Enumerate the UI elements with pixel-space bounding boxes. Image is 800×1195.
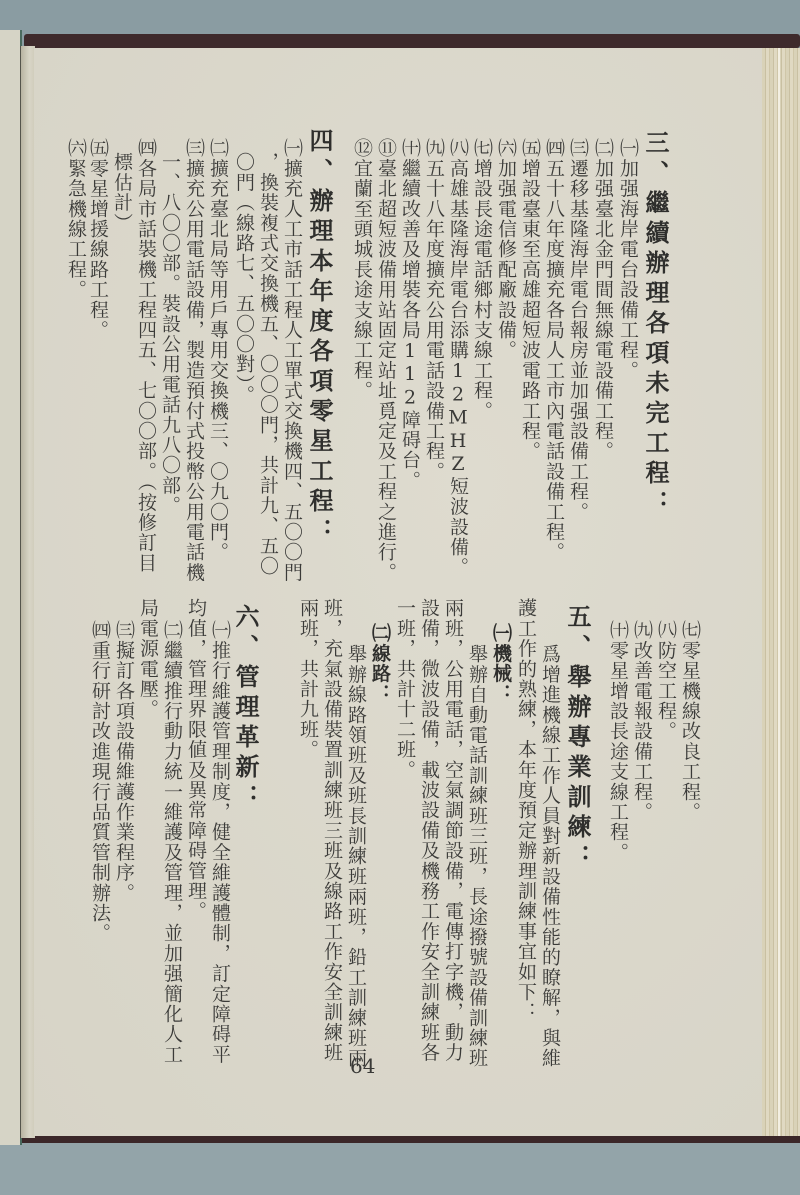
line-training-line-1: 舉辦線路領班及班長訓練班兩班，鉛工訓練班兩 xyxy=(344,644,367,1068)
section-3-item-12: ⑫宜蘭至頭城長途支線工程。 xyxy=(350,138,373,401)
mechanical-training-line-3: 設備，微波設備，載波設備及機務工作安全訓練班各 xyxy=(417,598,440,1063)
mechanical-training-line-2: 兩班，公用電話，空氣調節設備，電傳打字機，動力 xyxy=(441,598,464,1063)
section-4-item-1-line-2: ，換裝複式交換機五、〇〇〇門，共計九、五〇 xyxy=(256,152,279,576)
section-4-item-8: ㈧防空工程。 xyxy=(654,620,677,741)
section-4-item-4-line-1: ㈣各局市話裝機工程四五、七〇〇部。（按修訂目 xyxy=(134,138,157,573)
section-6-item-1-line-1: ㈠推行維護管理制度，健全維護體制，訂定障碍平 xyxy=(208,620,231,1064)
line-training-line-3: 兩班，共計九班。 xyxy=(296,598,319,760)
section-6-item-2-line-2: 局電源電壓。 xyxy=(136,598,159,719)
mechanical-training-line-4: 一班，共計十二班。 xyxy=(393,598,416,780)
section-4-item-10: ㈩零星增設長途支線工程。 xyxy=(606,620,629,862)
section-3-heading: 三、繼續辦理各項未完工程： xyxy=(644,130,667,520)
book-page: 三、繼續辦理各項未完工程： ㈠加强海岸電台設備工程。 ㈡加强臺北金門間無線電設備… xyxy=(34,48,762,1136)
mechanical-training-line-1: 舉辦自動電話訓練班三班，長途撥號設備訓練班 xyxy=(465,644,488,1068)
section-3-item-6: ㈥加强電信修配廠設備。 xyxy=(494,138,517,360)
section-3-item-1: ㈠加强海岸電台設備工程。 xyxy=(616,138,639,380)
mechanical-training-label: ㈠機械： xyxy=(489,623,512,704)
section-4-heading: 四、辦理本年度各項零星工程： xyxy=(308,128,331,548)
section-4-item-1-line-3: 〇門（線路七、五〇〇對）。 xyxy=(232,152,255,405)
section-6-item-2-line-1: ㈡繼續推行動力統一維護及管理，並加强簡化人工 xyxy=(160,620,183,1064)
section-4-item-5: ㈤零星增援線路工程。 xyxy=(86,138,109,340)
section-4-item-6: ㈥緊急機線工程。 xyxy=(64,138,87,300)
section-3-item-9: ㈨五十八年度擴充公用電話設備工程。 xyxy=(422,138,445,481)
section-3-item-10: ㈩繼續改善及增裝各局112障碍台。 xyxy=(398,138,421,490)
section-3-item-8: ㈧高雄基隆海岸電台添購12MHZ短波設備。 xyxy=(446,138,469,577)
section-4-item-1-line-1: ㈠擴充人工市話工程人工單式交換機四、五〇〇門 xyxy=(280,138,303,582)
section-3-item-5: ㈤增設臺東至高雄超短波電路工程。 xyxy=(518,138,541,461)
section-5-intro-line-2: 護工作的熟練，本年度預定辦理訓練事宜如下： xyxy=(514,598,537,1022)
page-number: 64 xyxy=(350,1054,375,1078)
section-3-item-2: ㈡加强臺北金門間無線電設備工程。 xyxy=(591,138,614,461)
section-4-item-9: ㈨改善電報設備工程。 xyxy=(630,620,653,822)
section-3-item-11: ⑪臺北超短波備用站固定站址覓定及工程之進行。 xyxy=(374,138,397,582)
section-6-heading: 六、管理革新： xyxy=(234,604,257,814)
page-block-edges xyxy=(762,48,800,1136)
section-6-item-1-line-2: 均值，管理界限値及異常障碍管理。 xyxy=(184,598,207,921)
section-3-item-7: ㈦增設長途電話鄉村支線工程。 xyxy=(470,138,493,421)
section-4-item-7: ㈦零星機線改良工程。 xyxy=(678,620,701,822)
book-gutter xyxy=(20,46,35,1138)
book-cover-top-edge xyxy=(24,34,800,48)
section-5-intro-line-1: 爲增進機線工作人員對新設備性能的瞭解，與維 xyxy=(538,644,561,1068)
section-4-item-4-line-2: 標估計） xyxy=(110,152,133,233)
section-6-item-4: ㈣重行研討改進現行品質管制辦法。 xyxy=(88,620,111,943)
line-training-line-2: 班，充氣設備裝置訓練班三班及線路工作安全訓練班 xyxy=(320,598,343,1063)
previous-page-edge xyxy=(0,30,22,1145)
background-bottom xyxy=(0,1140,800,1195)
line-training-label: ㈡線路： xyxy=(368,623,391,704)
book-cover-bottom-edge xyxy=(14,1135,800,1143)
section-4-item-2: ㈡擴充臺北局等用戶專用交換機三、〇九〇門。 xyxy=(206,138,229,562)
section-4-item-3-line-2: 一、八〇〇部。裝設公用電話九八〇部。 xyxy=(158,152,181,516)
section-6-item-3: ㈢擬訂各項設備維護作業程序。 xyxy=(112,620,135,903)
section-3-item-4: ㈣五十八年度擴充各局人工市內電話設備工程。 xyxy=(542,138,565,562)
section-3-item-3: ㈢遷移基隆海岸電台報房並加强設備工程。 xyxy=(566,138,589,522)
section-4-item-3-line-1: ㈢擴充公用電話設備，製造預付式投幣公用電話機 xyxy=(182,138,205,582)
section-5-heading: 五、舉辦專業訓練： xyxy=(566,604,589,874)
